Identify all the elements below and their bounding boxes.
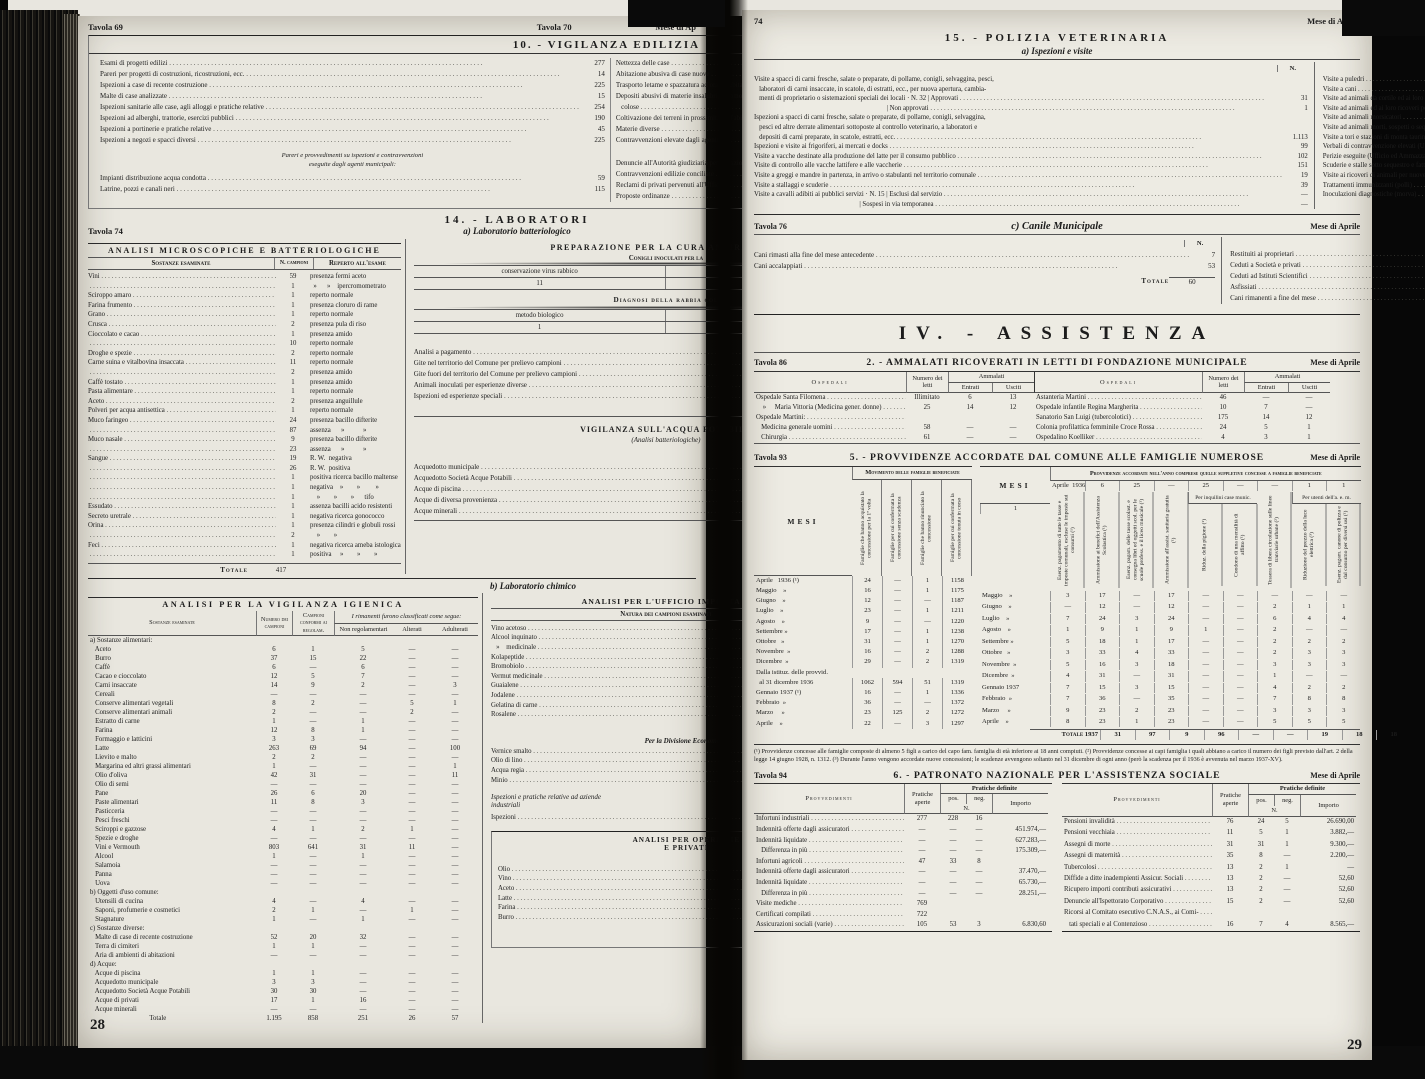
- table-cell: —: [256, 807, 292, 816]
- table-cell: Essudato: [88, 502, 276, 512]
- table-cell: Esami di progetti edilizi: [100, 58, 579, 69]
- table-cell: —: [392, 735, 432, 744]
- table-cell: 1: [256, 852, 292, 861]
- table-cell: —: [1274, 885, 1300, 896]
- table-cell: —: [940, 825, 966, 836]
- table-cell: Infortuni industriali: [754, 814, 904, 825]
- table-cell: Visite a cani: [1323, 85, 1425, 95]
- left-page-number: 28: [90, 1017, 105, 1034]
- table-cell: presenza amido: [310, 330, 401, 340]
- table-cell: 14: [256, 681, 292, 690]
- table-cell: Aceto: [88, 397, 276, 407]
- pat-col-aperte-1: Pratiche aperte: [904, 784, 940, 815]
- table-cell: —: [334, 1005, 392, 1014]
- patronato-title: 6. - PATRONATO NAZIONALE PER L'ASSISTENZ…: [844, 770, 1270, 781]
- table-cell: 11: [392, 843, 432, 852]
- table-cell: —: [882, 596, 912, 606]
- table-cell: —: [334, 771, 392, 780]
- table-cell: Novembre »: [980, 660, 1050, 670]
- table-cell: 1187: [942, 596, 972, 606]
- table-cell: 641: [292, 843, 334, 852]
- table-cell: 1319: [942, 657, 972, 667]
- table-cell: 1: [912, 606, 942, 616]
- table-row: Ispezioni a negozi e spacci diversi225: [100, 135, 605, 146]
- table-cell: 26: [392, 1014, 432, 1023]
- table-cell: 2: [1326, 683, 1361, 693]
- osp-col-letti-2: Numero dei letti: [1202, 372, 1244, 393]
- table-cell: —: [1188, 717, 1223, 727]
- table-cell: 13: [1212, 874, 1248, 885]
- table-cell: 52,60: [1300, 885, 1356, 896]
- table-cell: 16: [852, 586, 882, 596]
- table-cell: Paste alimentari: [88, 798, 256, 807]
- table-cell: 3: [966, 920, 992, 931]
- table-cell: —: [334, 708, 392, 717]
- table-cell: presenza pula di riso: [310, 320, 401, 330]
- table-cell: reperto normale: [310, 339, 401, 349]
- table-cell: —: [1188, 602, 1223, 612]
- table-cell: Olio di semi: [88, 780, 256, 789]
- table-cell: —: [1223, 602, 1258, 612]
- table-cell: 1: [276, 378, 310, 388]
- table-cell: Orina: [88, 521, 276, 531]
- table-cell: 251: [334, 1014, 392, 1023]
- table-cell: —: [432, 834, 478, 843]
- table-row: Perizie eseguite (Ufficio ed Ammazzatoio…: [1323, 152, 1425, 162]
- table-cell: | Sospesi in via temporanea: [754, 200, 1282, 210]
- table-cell: Visite a stallaggi e scuderie: [754, 181, 1282, 191]
- table-cell: 14: [948, 403, 992, 413]
- igienica-col-sostanze: Sostanze esaminate: [88, 611, 256, 637]
- table-cell: Asfissiati: [1230, 282, 1425, 293]
- patronato-table: Tavola 94 6. - PATRONATO NAZIONALE PER L…: [754, 770, 1360, 932]
- prov-right-col-8: Riduzione del prezzo della luce elettric…: [1292, 504, 1327, 586]
- table-cell: 31: [334, 843, 392, 852]
- table-cell: Settembre »: [980, 637, 1050, 647]
- table-cell: —: [432, 987, 478, 996]
- table-cell: reperto normale: [310, 291, 401, 301]
- table-cell: —: [292, 663, 334, 672]
- table-cell: 13: [1212, 885, 1248, 896]
- table-cell: 7: [1050, 683, 1085, 693]
- table-row: Sciroppo amaro1reperto normale: [88, 291, 401, 301]
- table-cell: —: [1188, 637, 1223, 647]
- table-cell: —: [882, 637, 912, 647]
- table-cell: Pesci freschi: [88, 816, 256, 825]
- right-page-number: 29: [1347, 1037, 1362, 1054]
- ospedali-title: 2. - AMMALATI RICOVERATI IN LETTI DI FON…: [844, 357, 1270, 368]
- table-cell: 33: [1085, 648, 1120, 658]
- table-cell: —: [392, 762, 432, 771]
- table-cell: —: [392, 933, 432, 942]
- table-cell: 1: [292, 942, 334, 951]
- table-cell: 17: [256, 996, 292, 1005]
- table-cell: —: [334, 699, 392, 708]
- pat-col-n-2: N.: [1248, 806, 1300, 817]
- table-cell: 1: [276, 282, 310, 292]
- table-cell: —: [392, 726, 432, 735]
- table-cell: 36: [852, 698, 882, 708]
- table-cell: 31: [1085, 671, 1120, 681]
- table-row: Ispezioni sanitarie alle case, agli allo…: [100, 102, 605, 113]
- table-cell: 53: [940, 920, 966, 931]
- table-cell: —: [1326, 625, 1361, 635]
- table-cell: 3: [432, 681, 478, 690]
- table-cell: Pensioni invalidità: [1062, 817, 1212, 828]
- table-cell: Panna: [88, 870, 256, 879]
- table-cell: 1272: [942, 708, 972, 718]
- table-cell: R. W. positiva: [310, 464, 401, 474]
- table-cell: 17: [1154, 637, 1189, 647]
- table-row: Visite a cani2: [1323, 85, 1425, 95]
- table-cell: Saponi, profumerie e cosmetici: [88, 906, 256, 915]
- table-cell: —: [940, 836, 966, 847]
- table-cell: 3: [1292, 706, 1327, 716]
- table-cell: Giugno »: [980, 602, 1050, 612]
- table-cell: 11: [432, 771, 478, 780]
- table-cell: c) Sostanze diverse:: [88, 924, 256, 933]
- igienica-grid: Sostanze esaminate Numero dei campioni C…: [88, 611, 478, 1024]
- table-cell: b) Oggetti d'uso comune:: [88, 888, 256, 897]
- table-cell: —: [392, 717, 432, 726]
- polizia-veterinaria-table: 15. - POLIZIA VETERINARIA a) Ispezioni e…: [754, 32, 1360, 209]
- table-cell: 22: [334, 654, 392, 663]
- table-cell: Cereali: [88, 690, 256, 699]
- tavola-70-label: Tavola 70: [537, 22, 572, 32]
- table-cell: —: [334, 906, 392, 915]
- table-cell: 12: [1154, 602, 1189, 612]
- table-cell: Inoculazioni diagnostiche (morva): [1323, 190, 1425, 200]
- table-cell: 8: [1326, 694, 1361, 704]
- igienica-col-rimanenti: I rimanenti furono classificati come seg…: [334, 611, 478, 624]
- table-cell: —: [1188, 683, 1223, 693]
- table-cell: 23: [852, 606, 882, 616]
- table-cell: Colonia profilattica femminile Croce Ros…: [1034, 423, 1202, 433]
- table-cell: R. W. negativa: [310, 454, 401, 464]
- table-cell: —: [256, 951, 292, 960]
- table-cell: 57: [432, 1014, 478, 1023]
- table-cell: —: [432, 915, 478, 924]
- table-row: Malte di case analizzate15: [100, 91, 605, 102]
- table-cell: 24: [1202, 423, 1244, 433]
- table-cell: Ottobre »: [754, 637, 852, 647]
- table-cell: —: [392, 951, 432, 960]
- table-cell: —: [904, 825, 940, 836]
- table-cell: —: [1119, 602, 1154, 612]
- table-cell: 1158: [942, 576, 972, 586]
- table-row: Visite di controllo alle vacche lattifer…: [754, 161, 1308, 171]
- table-cell: —: [882, 606, 912, 616]
- veterinaria-title: 15. - POLIZIA VETERINARIA: [754, 32, 1360, 44]
- table-cell: Ospedalino Koelliker: [1034, 433, 1202, 443]
- table-cell: 23: [1154, 717, 1189, 727]
- table-cell: —: [392, 942, 432, 951]
- patronato-right-grid: Provvedimenti Pratiche aperte Pratiche d…: [1062, 783, 1360, 932]
- table-cell: 31: [1154, 671, 1189, 681]
- table-cell: Dalla istituz. delle provvid.: [754, 668, 852, 678]
- table-cell: 2: [276, 531, 310, 541]
- igienica-col-alterati: Alterati: [392, 624, 432, 637]
- table-cell: —: [1154, 481, 1189, 491]
- table-cell: 175.309,—: [992, 846, 1048, 857]
- table-cell: —: [1300, 863, 1356, 874]
- table-cell: 23: [1154, 706, 1189, 716]
- table-cell: —: [292, 708, 334, 717]
- provvidenze-mese-label: Mese di Aprile: [1270, 453, 1360, 462]
- table-row: Visite ai ricoveri di animali per nuove …: [1323, 171, 1425, 181]
- table-cell: —: [392, 681, 432, 690]
- table-cell: —: [292, 1005, 334, 1014]
- table-cell: —: [1282, 190, 1308, 200]
- diagnosi-val1: 1: [414, 322, 666, 333]
- table-cell: 16: [1212, 920, 1248, 931]
- prov-right-col-2: Ammissione ai benefici dell'Assistenza S…: [1085, 492, 1120, 588]
- table-cell: depositi di carni preparate, in scatole,…: [754, 133, 1282, 143]
- table-cell: [88, 473, 276, 483]
- tavola-69-label: Tavola 69: [88, 22, 123, 32]
- table-cell: negativa ricerca ameba istologica: [310, 541, 401, 551]
- table-cell: 8: [292, 798, 334, 807]
- table-cell: Estratto di carne: [88, 717, 256, 726]
- table-cell: —: [1257, 481, 1292, 491]
- table-cell: 7: [1248, 920, 1274, 931]
- table-row: Cioccolato e cacao1presenza amido: [88, 330, 401, 340]
- table-cell: 13: [992, 393, 1034, 403]
- provvidenze-totale-grid: Totale 1937 31 97 9 96 — — 19 18 18: [1030, 729, 1360, 740]
- table-cell: 26: [276, 464, 310, 474]
- tavola-86-label: Tavola 86: [754, 358, 844, 367]
- diagnosi-col1: metodo biologico: [414, 310, 666, 321]
- table-cell: Assicurazioni sociali (varie): [754, 920, 904, 931]
- prov-tot-2: 97: [1135, 730, 1170, 740]
- pat-col-neg-2: neg.: [1274, 795, 1300, 805]
- osp-col-ammalati-1: Ammalati: [948, 372, 1034, 383]
- table-cell: 31: [852, 637, 882, 647]
- table-cell: 1: [1326, 602, 1361, 612]
- table-cell: —: [432, 897, 478, 906]
- table-cell: Indennità offerte dagli assicuratori: [754, 825, 904, 836]
- table-cell: 4: [1119, 648, 1154, 658]
- prov-left-col-4: Famiglie per cui confermata la concessio…: [942, 480, 972, 576]
- table-cell: 1: [1292, 481, 1327, 491]
- table-cell: 6: [256, 645, 292, 654]
- table-cell: —: [432, 645, 478, 654]
- table-cell: 2: [276, 349, 310, 359]
- table-row: Visite ad animali ed ai loro ricoveri pe…: [1323, 104, 1425, 114]
- table-cell: 31: [1212, 840, 1248, 851]
- table-cell: —: [992, 433, 1034, 443]
- table-cell: Aprile »: [754, 719, 852, 729]
- table-cell: Latrine, pozzi e canali neri: [100, 184, 579, 195]
- table-cell: 1: [292, 969, 334, 978]
- table-cell: Visite a puledri: [1323, 75, 1425, 85]
- osp-col-entrati-2: Entrati: [1244, 383, 1288, 394]
- table-cell: —: [292, 915, 334, 924]
- table-cell: 151: [1282, 161, 1308, 171]
- table-cell: 1: [334, 717, 392, 726]
- table-cell: 3: [256, 978, 292, 987]
- table-cell: 228: [940, 814, 966, 825]
- table-cell: 4: [1050, 671, 1085, 681]
- table-cell: 30: [292, 987, 334, 996]
- table-cell: Aceto: [88, 645, 256, 654]
- table-cell: 100: [432, 744, 478, 753]
- table-row: Ceduti a Società e privati10: [1230, 260, 1425, 271]
- table-cell: 3: [1257, 706, 1292, 716]
- table-cell: 5: [1248, 828, 1274, 839]
- table-cell: 8.565,—: [1300, 920, 1356, 931]
- table-cell: 1: [1282, 104, 1308, 114]
- table-cell: 59: [276, 272, 310, 282]
- table-cell: 23: [276, 445, 310, 455]
- table-cell: 4: [334, 897, 392, 906]
- table-cell: 1211: [942, 606, 972, 616]
- table-cell: 52,60: [1300, 897, 1356, 908]
- table-cell: —: [966, 889, 992, 900]
- table-cell: 15: [1085, 683, 1120, 693]
- osp-col-ospedali-1: Ospedali: [754, 372, 906, 393]
- table-cell: Diffide a ditte inadempienti Assicur. So…: [1062, 874, 1212, 885]
- table-row: Ispezioni a portinerie e pratiche relati…: [100, 124, 605, 135]
- ospedali-grid: Ospedali Numero dei letti Ammalati Osped…: [754, 371, 1360, 444]
- table-cell: —: [948, 433, 992, 443]
- table-cell: —: [1188, 706, 1223, 716]
- table-cell: Visite ad animali ed ai loro ricoveri pe…: [1323, 104, 1425, 114]
- top-right-black-corner: [1342, 0, 1425, 36]
- table-row: menti di proprietario o sistemazioni spe…: [754, 94, 1308, 104]
- assistenza-section-title: IV. - ASSISTENZA: [754, 314, 1360, 353]
- table-cell: [88, 445, 276, 455]
- table-cell: —: [334, 753, 392, 762]
- table-cell: —: [1326, 671, 1361, 681]
- table-cell: —: [392, 753, 432, 762]
- batterio-rows: Vini59presenza fermi aceto1 » » ipercrom…: [88, 272, 401, 560]
- pat-col-definite-1: Pratiche definite: [940, 784, 1048, 795]
- table-cell: 24: [852, 576, 882, 586]
- table-cell: 9.300,—: [1300, 840, 1356, 851]
- table-cell: 10: [1202, 403, 1244, 413]
- table-cell: 105: [904, 920, 940, 931]
- table-cell: —: [432, 933, 478, 942]
- table-cell: 20: [334, 789, 392, 798]
- table-cell: 12: [256, 726, 292, 735]
- table-cell: 1: [1274, 828, 1300, 839]
- table-cell: 125: [882, 708, 912, 718]
- table-cell: 51: [912, 678, 942, 688]
- table-cell: 1372: [942, 698, 972, 708]
- table-row: depositi di carni preparate, in scatole,…: [754, 133, 1308, 143]
- table-cell: 102: [1282, 152, 1308, 162]
- table-row: Ispezioni a spacci di carni fresche, sal…: [754, 113, 1308, 123]
- table-cell: —: [1050, 602, 1085, 612]
- table-cell: 1: [912, 627, 942, 637]
- table-cell: —: [1223, 648, 1258, 658]
- table-cell: 1: [1119, 637, 1154, 647]
- table-cell: al 31 dicembre 1936: [754, 678, 852, 688]
- table-cell: 6: [256, 663, 292, 672]
- table-row: 1positiva » » »: [88, 550, 401, 560]
- canile-mese-label: Mese di Aprile: [1270, 222, 1360, 231]
- table-cell: 6: [1257, 614, 1292, 624]
- table-row: Impianti distribuzione acqua condotta59: [100, 173, 605, 184]
- table-cell: 1: [1292, 602, 1327, 612]
- table-row: Latrine, pozzi e canali neri115: [100, 184, 605, 195]
- table-cell: Agosto »: [754, 617, 852, 627]
- table-cell: 2: [1248, 874, 1274, 885]
- table-cell: Ispezioni e visite ai frigoriferi, ai me…: [754, 142, 1282, 152]
- table-cell: 4: [1257, 683, 1292, 693]
- table-cell: 32: [334, 933, 392, 942]
- table-row: Feci1negativa ricerca ameba istologica: [88, 541, 401, 551]
- table-cell: —: [392, 834, 432, 843]
- table-cell: —: [256, 690, 292, 699]
- table-cell: Visite ad animali morti, sospetti o sequ…: [1323, 123, 1425, 133]
- table-cell: Pane: [88, 789, 256, 798]
- table-cell: Terra di cimiteri: [88, 942, 256, 951]
- table-cell: Sciroppo amaro: [88, 291, 276, 301]
- table-cell: 26.690,00: [1300, 817, 1356, 828]
- table-cell: Crusca: [88, 320, 276, 330]
- table-cell: 65.730,—: [992, 878, 1048, 889]
- table-cell: 1: [276, 301, 310, 311]
- table-row: 1 » » ipercromometrato: [88, 282, 401, 292]
- canile-left-rows: Cani rimasti alla fine del mese antecede…: [754, 250, 1215, 272]
- table-cell: Indennità liquidate: [754, 878, 904, 889]
- table-cell: —: [432, 708, 478, 717]
- table-cell: Cani accalappiati: [754, 261, 1189, 272]
- table-cell: 1336: [942, 688, 972, 698]
- table-row: 2 » »: [88, 531, 401, 541]
- table-cell: 1: [292, 825, 334, 834]
- table-cell: 1: [334, 726, 392, 735]
- table-row: Visite ad animali morsicatori18: [1323, 113, 1425, 123]
- patronato-left-grid: Provvedimenti Pratiche aperte Pratiche d…: [754, 783, 1052, 932]
- table-cell: 23: [1085, 717, 1120, 727]
- table-cell: —: [392, 798, 432, 807]
- table-cell: —: [1292, 591, 1327, 601]
- table-row: Visite ad animali da cortile ed ai loro …: [1323, 94, 1425, 104]
- table-cell: —: [432, 1005, 478, 1014]
- prov-tot-4: 96: [1204, 730, 1239, 740]
- prov-tot-1: 31: [1100, 730, 1135, 740]
- table-cell: —: [1257, 591, 1292, 601]
- tavola-76-label: Tavola 76: [754, 222, 844, 231]
- table-cell: Vini e Vermouth: [88, 843, 256, 852]
- vigilanza-igienica-table: ANALISI PER LA VIGILANZA IGIENICA Sostan…: [88, 593, 483, 1024]
- osp-col-entrati-1: Entrati: [948, 383, 992, 394]
- table-cell: 722: [904, 910, 940, 921]
- table-cell: Febbraio »: [754, 698, 852, 708]
- table-row: Carne suina e vitalbovina insaccata11rep…: [88, 358, 401, 368]
- table-cell: negativa » » »: [310, 483, 401, 493]
- table-row: Aceto2presenza anguillule: [88, 397, 401, 407]
- table-cell: 1: [912, 576, 942, 586]
- table-row: 23assenza » »: [88, 445, 401, 455]
- right-page-header: 74 Mese di Aprile: [754, 16, 1360, 26]
- table-cell: —: [432, 690, 478, 699]
- table-cell: Visite di controllo alle vacche lattifer…: [754, 161, 1282, 171]
- table-cell: 5: [392, 699, 432, 708]
- table-cell: —: [1292, 671, 1327, 681]
- table-cell: 5: [1292, 717, 1327, 727]
- table-cell: 1: [292, 996, 334, 1005]
- table-cell: Assegni di maternità: [1062, 851, 1212, 862]
- table-row: Ispezioni e visite ai frigoriferi, ai me…: [754, 142, 1308, 152]
- table-cell: Maggio »: [980, 591, 1050, 601]
- table-cell: —: [432, 780, 478, 789]
- edilizia-col1a-rows: Esami di progetti edilizi277Pareri per p…: [100, 58, 605, 146]
- table-row: Vini59presenza fermi aceto: [88, 272, 401, 282]
